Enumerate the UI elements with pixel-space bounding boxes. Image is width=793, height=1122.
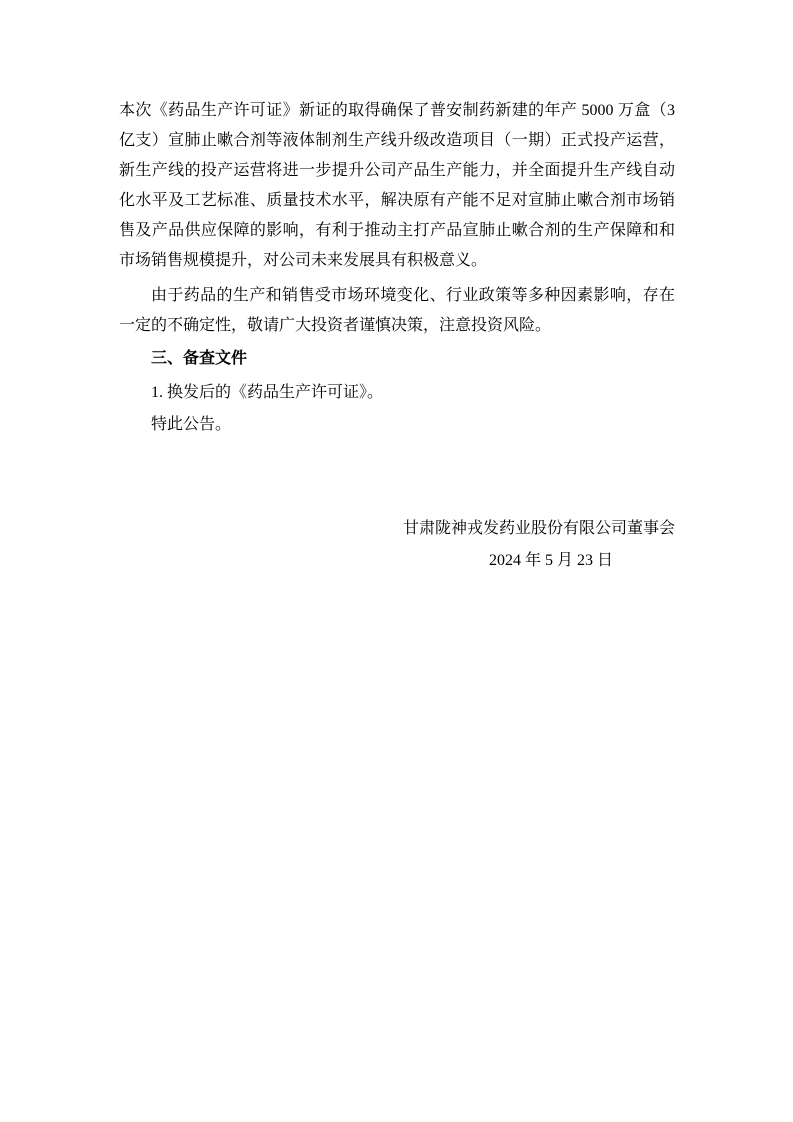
closing-statement: 特此公告。 bbox=[119, 410, 675, 440]
paragraph-production-line: 本次《药品生产许可证》新证的取得确保了普安制药新建的年产 5000 万盒（3亿支… bbox=[119, 96, 675, 276]
list-item-renewed-license: 1. 换发后的《药品生产许可证》。 bbox=[119, 378, 675, 408]
section-heading-reference-documents: 三、备查文件 bbox=[119, 344, 675, 374]
paragraph-risk-note: 由于药品的生产和销售受市场环境变化、行业政策等多种因素影响，存在一定的不确定性，… bbox=[119, 281, 675, 341]
signature-date: 2024 年 5 月 23 日 bbox=[119, 546, 675, 576]
signature-company-name: 甘肃陇神戎发药业股份有限公司董事会 bbox=[119, 514, 675, 544]
document-page: 本次《药品生产许可证》新证的取得确保了普安制药新建的年产 5000 万盒（3亿支… bbox=[0, 0, 793, 1122]
signature-block: 甘肃陇神戎发药业股份有限公司董事会 2024 年 5 月 23 日 bbox=[119, 514, 675, 576]
